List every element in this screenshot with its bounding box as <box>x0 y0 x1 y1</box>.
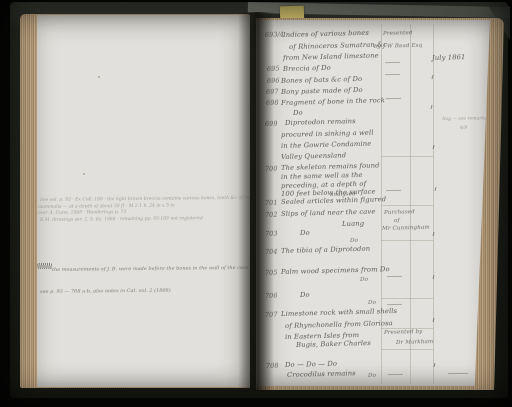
cell-divider <box>381 349 433 350</box>
quantity-tick <box>433 275 435 279</box>
pencil-scribble <box>37 263 52 269</box>
register-entry-line: Breccia of Do <box>283 64 331 73</box>
pencil-note: B.M. drawings ser. 2. 5. 6a. 1868 · rema… <box>40 216 203 223</box>
pencil-note: over A. Cunn. 1868 · Wanderings p. 73 <box>38 210 126 216</box>
right-page: 693/4 Indices of various bones of Rhinoc… <box>256 20 490 386</box>
register-entry-line: Do <box>300 229 310 237</box>
quantity-tick <box>433 232 435 236</box>
page-gutter <box>238 12 274 392</box>
ditto-dash <box>448 373 468 374</box>
quantity-tick <box>434 363 436 367</box>
ditto-dash <box>387 304 402 305</box>
ditto-dash <box>386 98 401 99</box>
cell-divider <box>381 298 433 299</box>
ditto-mark: Do <box>350 238 358 244</box>
left-page: See vol. p. 93 · Ex Coll. 188 · the ligh… <box>37 15 250 387</box>
register-entry-line: Bugis, Baker Charles <box>296 339 371 349</box>
margin-note: Purchased <box>384 209 415 216</box>
pencil-note: See vol. p. 93 · Ex Coll. 188 · the ligh… <box>40 196 250 203</box>
register-entry-line: Bones of bats &c of Do <box>281 75 362 85</box>
ink-speck <box>83 173 85 175</box>
margin-note: by J W Read Esq <box>374 43 422 50</box>
ditto-dash <box>386 190 401 191</box>
column-rule <box>381 24 382 384</box>
ditto-mark: Do <box>368 300 376 306</box>
register-entry-line: Fragment of bone in the rock <box>281 96 385 107</box>
ditto-dash <box>387 276 402 277</box>
register-entry-line: Luang <box>342 219 364 228</box>
register-entry-line: Palm wood specimens from Do <box>281 265 390 276</box>
register-entry-line: Slips of land near the cave <box>281 208 376 218</box>
register-entry-line: of Rhynchonella from Gloriosa <box>285 319 393 330</box>
column-rule <box>433 24 434 384</box>
register-entry-line: procured in sinking a well <box>281 129 374 139</box>
pencil-note: the measurements of J. B. were made befo… <box>52 265 250 273</box>
register-entry-line: in the Gowrie Condamine <box>281 140 372 150</box>
margin-note: Mr Cunningham <box>382 225 430 232</box>
register-entry-line: from New Island limestone <box>283 51 379 62</box>
register-entry-line: Valley Queensland <box>281 151 346 161</box>
register-entry-line: The skeleton remains found <box>281 161 380 172</box>
cell-divider <box>381 205 433 206</box>
margin-note: Presented by <box>384 329 423 336</box>
cell-divider <box>381 156 433 157</box>
quantity-tick <box>433 145 435 149</box>
pencil-margin-note: Aug — see remarks <box>442 117 486 122</box>
margin-note: Dr Markham <box>396 339 433 346</box>
ink-speck <box>98 76 100 78</box>
ditto-dash <box>388 374 403 375</box>
ditto-mark: Do <box>360 277 368 283</box>
right-page-fore-edge: 693/4 Indices of various bones of Rhinoc… <box>256 18 504 390</box>
margin-note: of <box>394 218 400 224</box>
ditto-dash <box>385 74 400 75</box>
pencil-note: see p. 93 — 708 a-b, also notes in Cat. … <box>40 288 171 295</box>
register-entry-line: Do — Do — Do <box>285 360 337 369</box>
register-entry-line: Do <box>300 291 310 299</box>
register-entry-line: of Rhinoceros Sumatran &c <box>289 40 387 51</box>
register-entry-line: The tibia of a Diprotodon <box>281 245 370 255</box>
register-entry-line: Limestone rock with small shells <box>281 307 397 318</box>
book-photo: See vol. p. 93 · Ex Coll. 188 · the ligh… <box>0 0 512 407</box>
ditto-mark: Do <box>368 373 376 379</box>
ditto-dash <box>385 62 400 63</box>
date-note: July 1861 <box>432 53 466 62</box>
register-entry-line: Sealed articles within figured <box>281 195 386 206</box>
pencil-note: mammalia — at a depth of about 30 ft · M… <box>38 204 175 210</box>
register-entry-line: Diprotodon remains <box>285 117 356 127</box>
quantity-tick <box>433 318 435 322</box>
cell-divider <box>381 240 433 241</box>
register-entry-line: Bony paste made of Do <box>281 86 363 96</box>
register-entry-line: Do <box>293 109 303 117</box>
register-entry-line: Indices of various bones <box>283 29 369 39</box>
left-page-fore-edge: See vol. p. 93 · Ex Coll. 188 · the ligh… <box>20 14 250 388</box>
register-entry-line: Crocodilus remains <box>287 369 356 379</box>
pencil-margin-note: 4/9 <box>460 126 467 131</box>
quantity-tick <box>435 187 437 191</box>
margin-note: Presented <box>383 30 413 37</box>
